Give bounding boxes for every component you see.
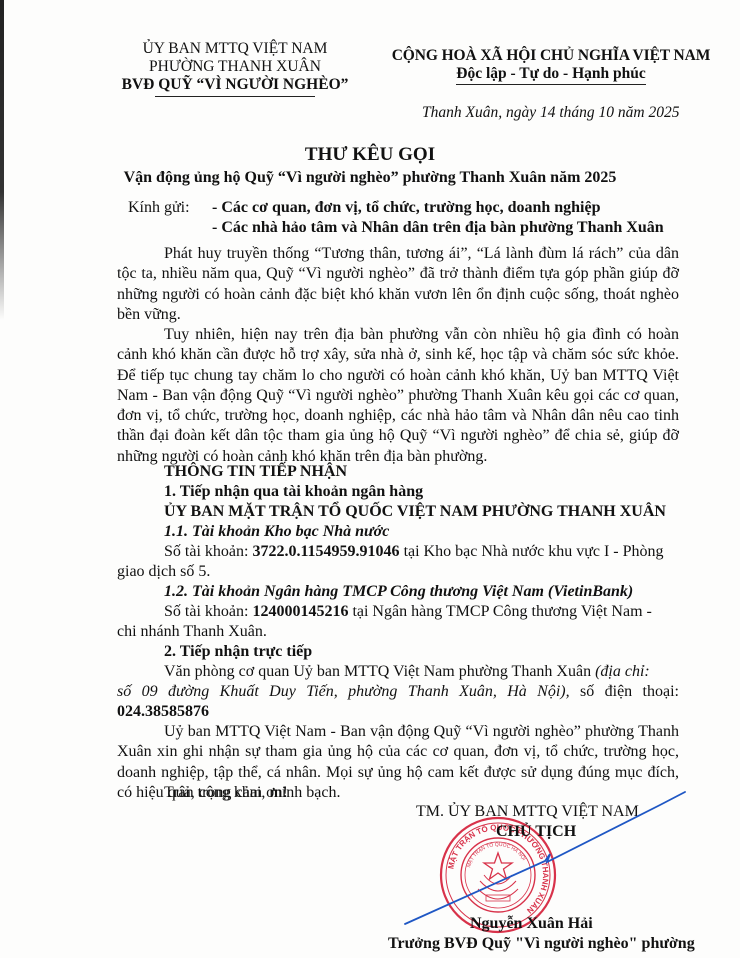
account1-heading: 1.1. Tài khoản Kho bạc Nhà nước [164,522,679,542]
office-line-1: Văn phòng cơ quan Uỷ ban MTTQ Việt Nam p… [164,662,679,682]
office-text: Văn phòng cơ quan Uỷ ban MTTQ Việt Nam p… [164,663,595,680]
signature-position: CHỦ TỊCH [496,823,576,841]
thanks-line: Trân trọng cảm ơn! [164,783,679,803]
document-subtitle: Vận động ủng hộ Quỹ “Vì người nghèo” phư… [0,169,740,187]
section1-heading: 1. Tiếp nhận qua tài khoản ngân hàng [164,482,679,502]
issuing-organization: ỦY BAN MTTQ VIỆT NAM PHƯỜNG THANH XUÂN B… [100,40,370,97]
section2-heading: 2. Tiếp nhận trực tiếp [164,642,679,662]
phone-number: 024.38585876 [117,702,679,722]
account-bank: tại Kho bạc Nhà nước khu vực I - Phòng [400,543,664,560]
signer-title: Trưởng BVĐ Quỹ "Vì người nghèo" phường [388,935,695,953]
account1-line: Số tài khoản: 3722.0.1154959.91046 tại K… [164,542,679,562]
org-underline [155,96,315,97]
office-line-2: số 09 đường Khuất Duy Tiến, phường Thanh… [117,682,679,702]
account2-line: Số tài khoản: 124000145216 tại Ngân hàng… [164,602,679,622]
office-address: số 09 đường Khuất Duy Tiến, phường Thanh… [117,683,570,700]
account-number: 124000145216 [252,603,348,620]
phone-label: số điện thoại: [570,683,679,700]
national-title: CỘNG HOÀ XÃ HỘI CHỦ NGHĨA VIỆT NAM [362,47,740,65]
account-bank: tại Ngân hàng TMCP Công thương Việt Nam … [348,603,651,620]
paragraph-appeal: Tuy nhiên, hiện nay trên địa bàn phường … [117,325,679,467]
office-address-start: (địa chỉ: [595,663,650,680]
recipients-label: Kính gửi: [128,199,190,217]
info-heading: THÔNG TIN TIẾP NHẬN [164,462,679,482]
national-motto: Độc lập - Tự do - Hạnh phúc [456,65,645,85]
account-label: Số tài khoản: [164,543,252,560]
org-line-3: BVĐ QUỸ “VÌ NGƯỜI NGHÈO” [100,76,370,94]
account-label: Số tài khoản: [164,603,252,620]
account2-heading: 1.2. Tài khoản Ngân hàng TMCP Công thươn… [164,582,679,602]
signer-name: Nguyễn Xuân Hải [470,915,593,933]
paragraph-text: Phát huy truyền thống “Tương thân, tương… [117,244,679,325]
recipient-item: - Các cơ quan, đơn vị, tổ chức, trường h… [212,199,601,217]
national-header: CỘNG HOÀ XÃ HỘI CHỦ NGHĨA VIỆT NAM Độc l… [362,47,740,85]
receiving-organization: ỦY BAN MẶT TRẬN TỔ QUỐC VIỆT NAM PHƯỜNG … [164,502,679,522]
account2-branch: chi nhánh Thanh Xuân. [117,622,679,642]
paragraph-text: Tuy nhiên, hiện nay trên địa bàn phường … [117,325,679,467]
account-number: 3722.0.1154959.91046 [252,543,399,560]
document-date: Thanh Xuân, ngày 14 tháng 10 năm 2025 [422,104,679,122]
document-title: THƯ KÊU GỌI [0,144,740,166]
account1-branch: giao dịch số 5. [117,562,679,582]
org-line-2: PHƯỜNG THANH XUÂN [100,58,370,76]
org-line-1: ỦY BAN MTTQ VIỆT NAM [100,40,370,58]
recipient-item: - Các nhà hảo tâm và Nhân dân trên địa b… [212,219,664,237]
paragraph-intro: Phát huy truyền thống “Tương thân, tương… [117,244,679,325]
